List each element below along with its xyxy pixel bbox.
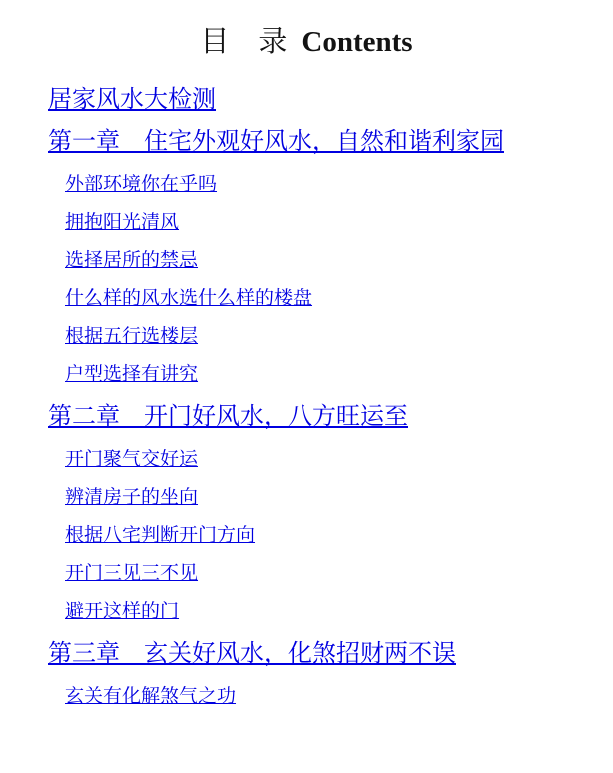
toc-link-chapter-2[interactable]: 第二章 开门好风水，八方旺运至 — [48, 398, 408, 436]
toc-link-ch1-section-4[interactable]: 什么样的风水选什么样的楼盘 — [65, 280, 312, 318]
page-title: 目 录Contents — [10, 22, 603, 67]
toc-link-ch2-section-1[interactable]: 开门聚气交好运 — [65, 441, 198, 479]
toc-link-ch1-section-6[interactable]: 户型选择有讲究 — [65, 356, 198, 394]
toc-link-ch1-section-1[interactable]: 外部环境你在乎吗 — [65, 166, 217, 204]
table-of-contents: 居家风水大检测 第一章 住宅外观好风水，自然和谐利家园 外部环境你在乎吗 拥抱阳… — [0, 81, 613, 716]
page-title-english: Contents — [301, 26, 412, 58]
page-title-chinese: 目 录 — [200, 26, 287, 58]
toc-link-ch1-section-5[interactable]: 根据五行选楼层 — [65, 318, 198, 356]
toc-link-chapter-1[interactable]: 第一章 住宅外观好风水，自然和谐利家园 — [48, 123, 504, 161]
toc-link-ch2-section-2[interactable]: 辨清房子的坐向 — [65, 479, 198, 517]
toc-link-home-test[interactable]: 居家风水大检测 — [48, 81, 216, 119]
toc-link-ch2-section-5[interactable]: 避开这样的门 — [65, 593, 179, 631]
toc-link-chapter-3[interactable]: 第三章 玄关好风水，化煞招财两不误 — [48, 635, 456, 673]
toc-link-ch2-section-3[interactable]: 根据八宅判断开门方向 — [65, 517, 255, 555]
toc-link-ch1-section-3[interactable]: 选择居所的禁忌 — [65, 242, 198, 280]
toc-link-ch2-section-4[interactable]: 开门三见三不见 — [65, 555, 198, 593]
toc-link-ch3-section-1[interactable]: 玄关有化解煞气之功 — [65, 678, 236, 716]
toc-link-ch1-section-2[interactable]: 拥抱阳光清风 — [65, 204, 179, 242]
toc-page: 目 录Contents 居家风水大检测 第一章 住宅外观好风水，自然和谐利家园 … — [0, 0, 613, 773]
